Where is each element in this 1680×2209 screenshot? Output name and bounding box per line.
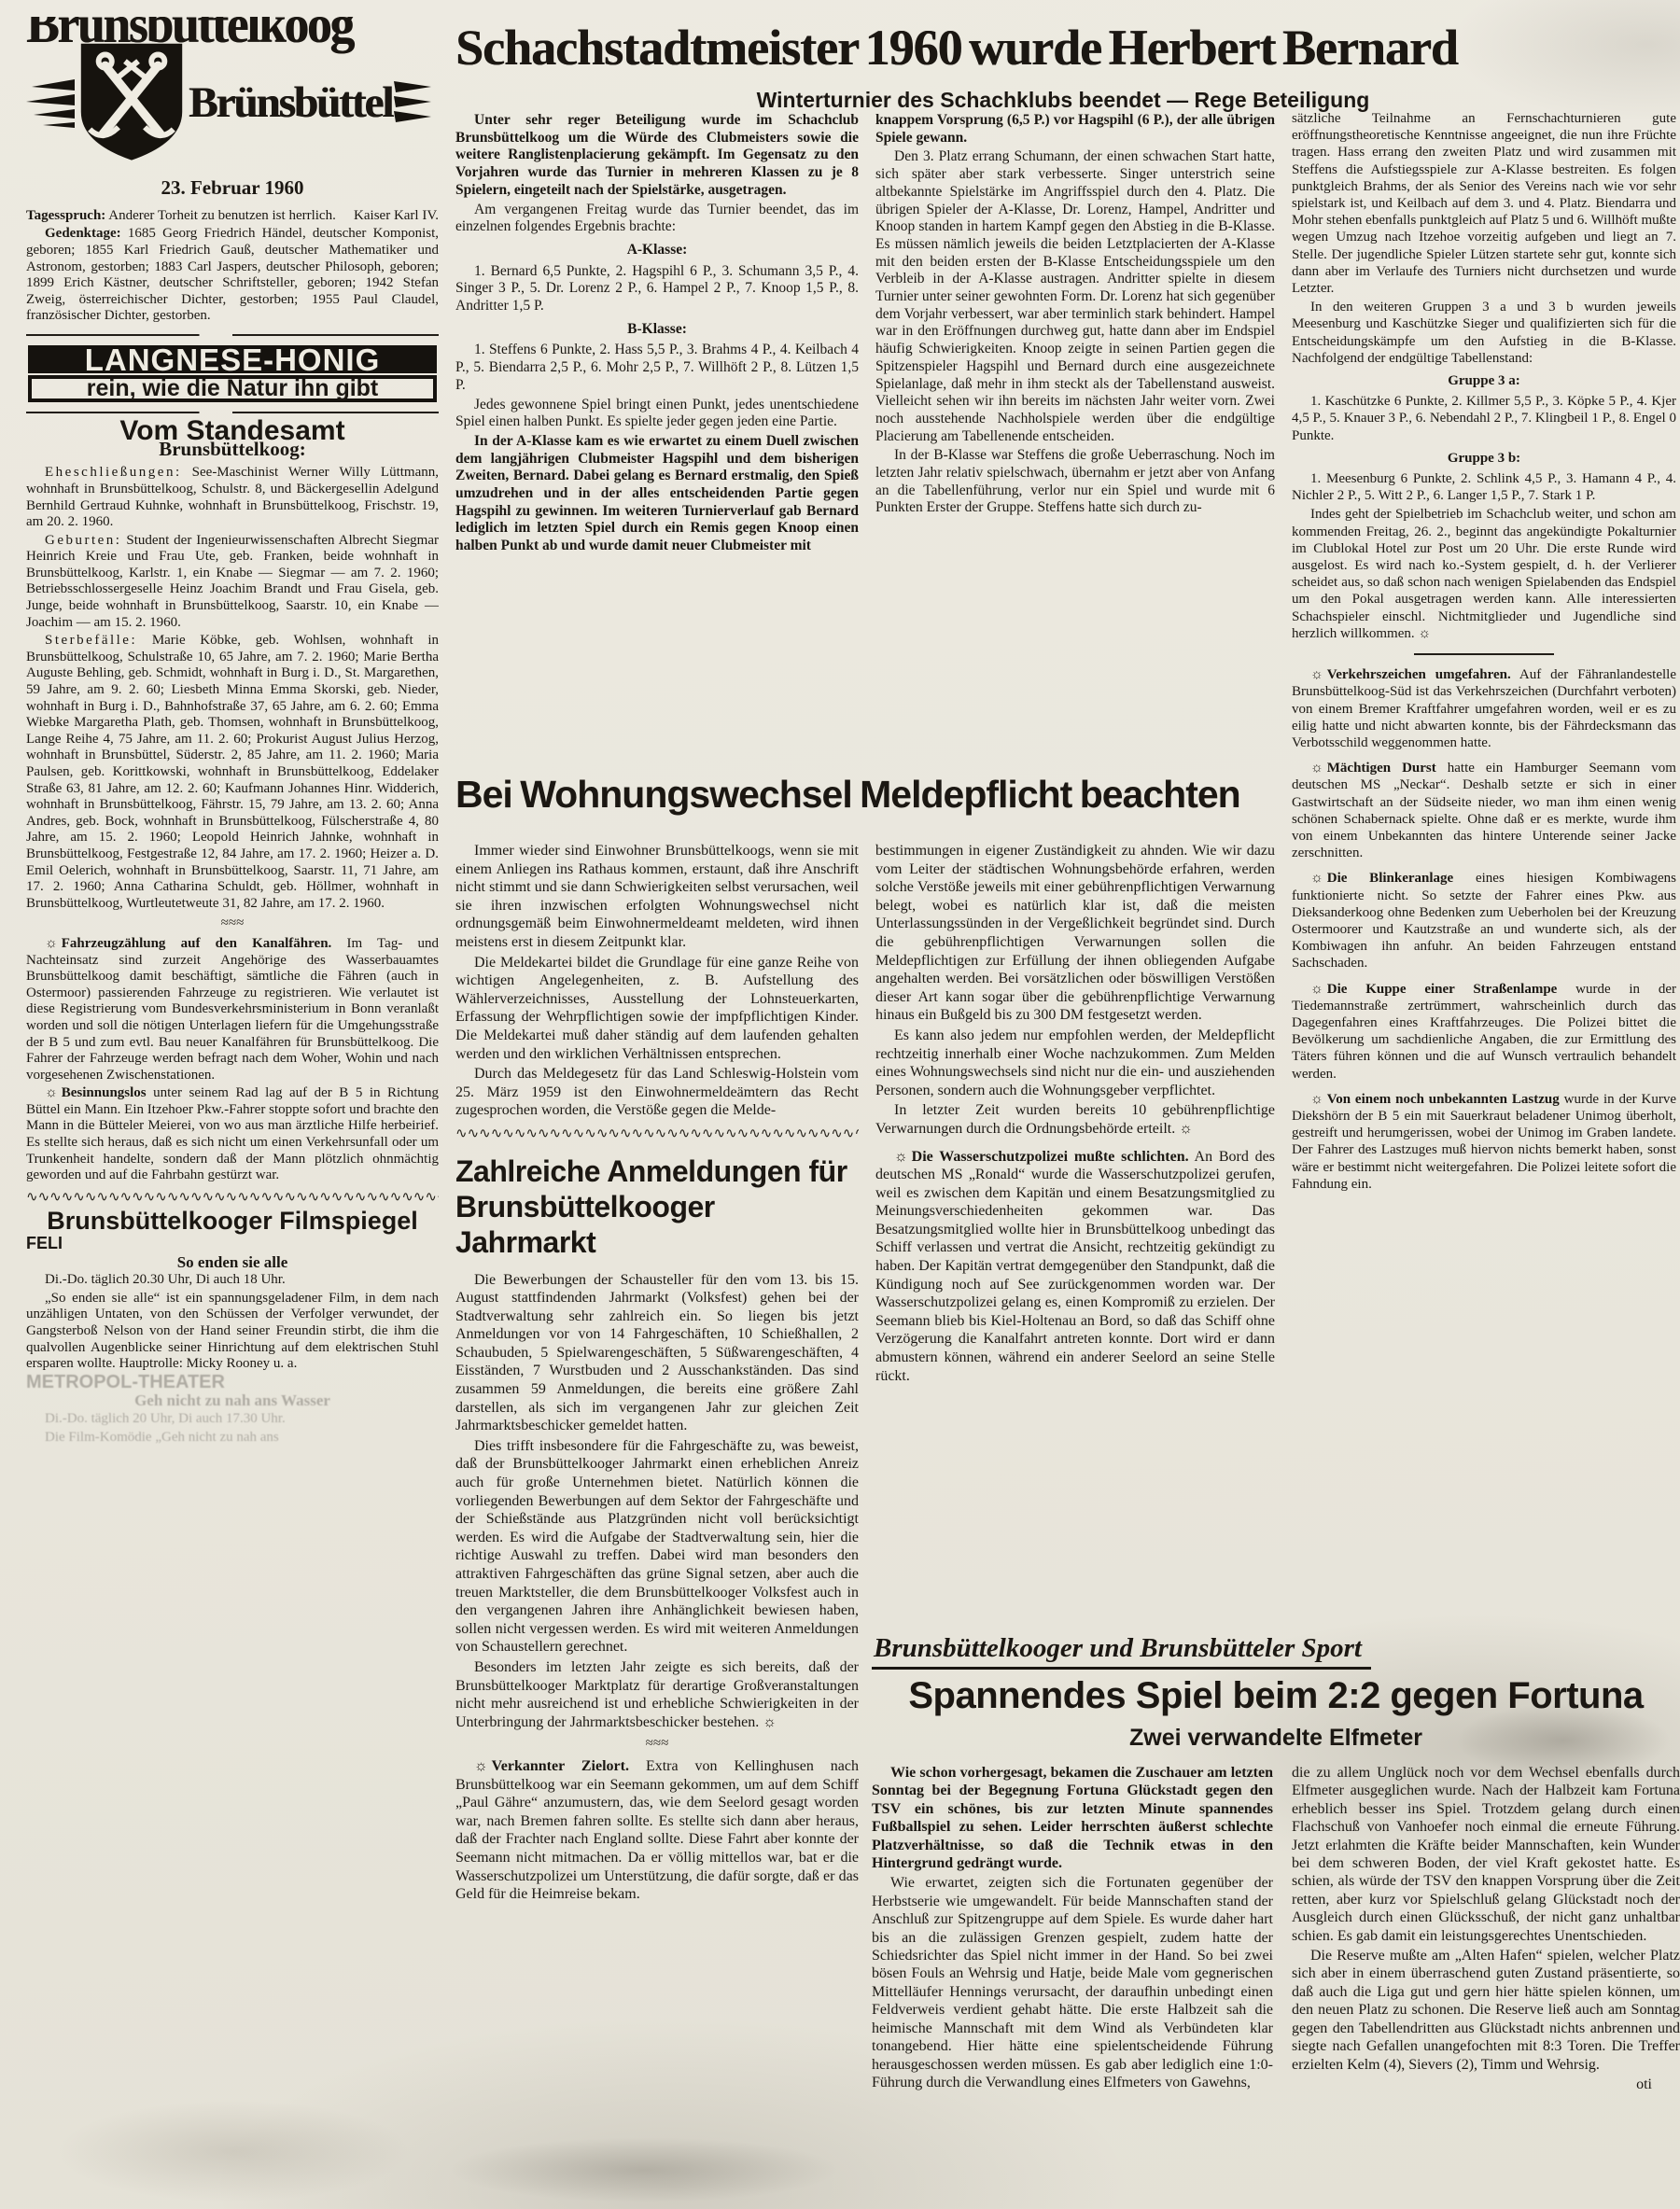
gedenktage: Gedenktage: 1685 Georg Friedrich Händel,… <box>26 226 439 325</box>
divider <box>26 334 439 336</box>
news-text: eines hiesigen Kombiwagens funktionierte… <box>1292 871 1676 971</box>
sport-section: Brunsbüttelkooger und Brunsbütteler Spor… <box>872 1633 1680 2184</box>
divider <box>26 412 439 413</box>
melde-paragraph: Durch das Meldegesetz für das Land Schle… <box>455 1065 859 1120</box>
marriages-label: Eheschließungen: <box>45 465 182 480</box>
chess-class-a-results: 1. Bernard 6,5 Punkte, 2. Hagspihl 6 P.,… <box>455 263 859 315</box>
tagesspruch-text: Anderer Torheit zu benutzen ist herrlich… <box>108 208 336 223</box>
news-unconscious-man: ☼Besinnungslos unter seinem Rad lag auf … <box>26 1085 439 1184</box>
news-item-wrong-destination: ☼Verkannter Zielort. Extra von Kellinghu… <box>455 1757 859 1904</box>
melde-paragraph: bestimmungen in eigener Zuständigkeit zu… <box>875 842 1275 1025</box>
langnese-ad: LANGNESE-HONIG rein, wie die Natur ihn g… <box>28 345 437 402</box>
registration-column-2: bestimmungen in eigener Zuständigkeit zu… <box>875 842 1275 1629</box>
news-item-truck: ☼Von einem noch unbekannten Lastzug wurd… <box>1292 1091 1676 1193</box>
sport-section-heading: Brunsbüttelkooger und Brunsbütteler Spor… <box>872 1633 1371 1670</box>
chess-paragraph: knappem Vorsprung (6,5 P.) vor Hagspihl … <box>875 112 1275 147</box>
chess-class-b-heading: B-Klasse: <box>455 321 859 339</box>
sport-paragraph: Wie erwartet, zeigten sich die Fortunate… <box>872 1874 1273 2091</box>
ad-brand: LANGNESE-HONIG <box>28 345 437 373</box>
chess-group3a-heading: Gruppe 3 a: <box>1292 372 1676 389</box>
star-icon: ☼ <box>1310 871 1327 886</box>
chess-paragraph: Indes geht der Spielbetrieb im Schachclu… <box>1292 506 1676 642</box>
melde-paragraph: Es kann also jedem nur empfohlen werden,… <box>875 1027 1275 1099</box>
unconscious-lead: Besinnungslos <box>62 1085 147 1100</box>
film-times: Di.-Do. täglich 20.30 Uhr, Di auch 18 Uh… <box>26 1272 439 1289</box>
jahrmarkt-title: Zahlreiche Anmeldungen für Brunsbüttelko… <box>455 1153 859 1260</box>
sport-subhead: Zwei verwandelte Elfmeter <box>872 1725 1680 1752</box>
chess-group3b-results: 1. Meesenburg 6 Punkte, 2. Schlink 4,5 P… <box>1292 470 1676 504</box>
chess-subhead: Winterturnier des Schachklubs beendet — … <box>455 88 1671 113</box>
chess-paragraph: Jedes gewonnene Spiel bringt einen Punkt… <box>455 397 859 431</box>
standesamt-births: Geburten: Student der Ingenieurwissensch… <box>26 533 439 632</box>
cinema-name: FELI <box>26 1236 439 1252</box>
left-column: Brünsbüttelkoog <box>26 17 439 2201</box>
sport-paragraph: Wie schon vorhergesagt, bekamen die Zusc… <box>872 1764 1273 1872</box>
jahrmarkt-title-line1: Zahlreiche Anmeldungen für <box>455 1154 847 1188</box>
news-item-traffic-sign: ☼Verkehrszeichen umgefahren. Auf der Fäh… <box>1292 666 1676 751</box>
chess-paragraph: Den 3. Platz errang Schumann, der einen … <box>875 148 1275 445</box>
chess-column-2: knappem Vorsprung (6,5 P.) vor Hagspihl … <box>875 112 1275 769</box>
faded-print: METROPOL-THEATER Geh nicht zu nah ans Wa… <box>26 1375 439 1446</box>
news-item-street-lamp: ☼Die Kuppe einer Straßenlampe wurde in d… <box>1292 981 1676 1083</box>
news-text: hatte ein Hamburger Seemann vom deutsche… <box>1292 761 1676 860</box>
chess-headline: Schachstadtmeister 1960 wurde Herbert Be… <box>455 19 1671 77</box>
news-lead: Verkannter Zielort. <box>492 1758 629 1774</box>
star-icon: ☼ <box>1310 761 1327 776</box>
section-divider <box>1414 653 1554 655</box>
chess-group3a-results: 1. Kaschützke 6 Punkte, 2. Killmer 5,5 P… <box>1292 393 1676 444</box>
issue-date: 23. Februar 1960 <box>26 180 439 197</box>
film-review: „So enden sie alle“ ist ein spannungsgel… <box>26 1291 439 1373</box>
news-lead: Verkehrszeichen umgefahren. <box>1327 667 1511 682</box>
chess-paragraph: In der B-Klasse war Steffens die große U… <box>875 447 1275 517</box>
jahrmarkt-paragraph: Besonders im letzten Jahr zeigte es sich… <box>455 1658 859 1731</box>
sport-column-1: Wie schon vorhergesagt, bekamen die Zusc… <box>872 1764 1273 2182</box>
news-text: Extra von Kellinghusen nach Brunsbüttelk… <box>455 1758 859 1902</box>
filmspiegel-title: Brunsbüttelkooger Filmspiegel <box>26 1213 439 1230</box>
chess-paragraph: Am vergangenen Freitag wurde das Turnier… <box>455 202 859 236</box>
masthead: Brünsbüttelkoog <box>26 17 439 167</box>
tagesspruch-author: Kaiser Karl IV. <box>354 208 439 225</box>
sport-headline: Spannendes Spiel beim 2:2 gegen Fortuna <box>872 1675 1680 1717</box>
chess-class-a-heading: A-Klasse: <box>455 242 859 259</box>
chess-article-header: Schachstadtmeister 1960 wurde Herbert Be… <box>455 19 1671 113</box>
chess-group3b-heading: Gruppe 3 b: <box>1292 450 1676 467</box>
faded-times: Di.-Do. täglich 20 Uhr, Di auch 17.30 Uh… <box>26 1411 439 1428</box>
chess-paragraph: In der A-Klasse kam es wie erwartet zu e… <box>455 433 859 555</box>
registration-headline: Bei Wohnungswechsel Meldepflicht beachte… <box>455 773 1305 817</box>
chess-class-b-results: 1. Steffens 6 Punkte, 2. Hass 5,5 P., 3.… <box>455 342 859 394</box>
news-item-water-police: ☼Die Wasserschutzpolizei mußte schlichte… <box>875 1148 1275 1386</box>
faded-theater-name: METROPOL-THEATER <box>26 1375 439 1391</box>
author-signature: oti <box>1636 2076 1652 2093</box>
news-lead: Die Blinkeranlage <box>1327 871 1453 886</box>
star-icon: ☼ <box>1310 982 1327 997</box>
deaths-label: Sterbefälle: <box>45 633 137 648</box>
ad-slogan: rein, wie die Natur ihn gibt <box>28 375 437 403</box>
sport-paragraph: die zu allem Unglück noch vor dem Wechse… <box>1292 1764 1680 1945</box>
jahrmarkt-paragraph: Die Bewerbungen der Schausteller für den… <box>455 1271 859 1435</box>
vehicle-count-text: Im Tag- und Nachteinsatz sind zurzeit An… <box>26 936 439 1083</box>
chess-column-1: Unter sehr reger Beteiligung wurde im Sc… <box>455 112 859 769</box>
news-lead: Die Kuppe einer Straßenlampe <box>1327 982 1558 997</box>
deaths-text: Marie Köbke, geb. Wohlsen, wohnhaft in B… <box>26 633 439 911</box>
standesamt-deaths: Sterbefälle: Marie Köbke, geb. Wohlsen, … <box>26 633 439 912</box>
masthead-line2: Brünsbüttel <box>189 95 392 112</box>
news-lead: Von einem noch unbekannten Lastzug <box>1327 1092 1560 1107</box>
newspaper-page: { "decor": { "star": "☼", "wave": "∿∿∿∿∿… <box>0 0 1680 2209</box>
gedenktage-label: Gedenktage: <box>45 226 121 241</box>
faded-film-name: Geh nicht zu nah ans Wasser <box>26 1392 439 1409</box>
melde-paragraph: Die Meldekartei bildet die Grundlage für… <box>455 954 859 1064</box>
chess-paragraph: In den weiteren Gruppen 3 a und 3 b wurd… <box>1292 299 1676 367</box>
wave-divider: ∿∿∿∿∿∿∿∿∿∿∿∿∿∿∿∿∿∿∿∿∿∿∿∿∿∿∿∿∿∿∿∿∿∿∿∿∿∿∿∿ <box>455 1125 859 1144</box>
star-icon: ☼ <box>1310 667 1327 682</box>
star-icon: ☼ <box>474 1758 492 1774</box>
sport-paragraph: Die Reserve mußte am „Alten Hafen“ spiel… <box>1292 1947 1680 2074</box>
film-name: So enden sie alle <box>26 1254 439 1271</box>
registration-column-1: Immer wieder sind Einwohner Brunsbüttelk… <box>455 842 859 2184</box>
births-label: Geburten: <box>45 533 121 548</box>
news-lead: Mächtigen Durst <box>1327 761 1436 776</box>
squiggle-divider: ≈≈≈ <box>26 916 439 932</box>
right-column: sätzliche Teilnahme an Fernschachturnier… <box>1292 110 1676 1697</box>
star-icon: ☼ <box>1310 1092 1327 1107</box>
news-lead: Die Wasserschutzpolizei mußte schlichten… <box>912 1149 1189 1165</box>
news-item-blinker: ☼Die Blinkeranlage eines hiesigen Kombiw… <box>1292 870 1676 972</box>
standesamt-marriages: Eheschließungen: See-Maschinist Werner W… <box>26 465 439 530</box>
news-text: An Bord des deutschen MS „Ronald“ wurde … <box>875 1149 1275 1384</box>
star-icon: ☼ <box>45 1085 62 1100</box>
jahrmarkt-paragraph: Dies trifft insbesondere für die Fahrges… <box>455 1437 859 1657</box>
wave-divider: ∿∿∿∿∿∿∿∿∿∿∿∿∿∿∿∿∿∿∿∿∿∿∿∿∿∿∿∿∿∿∿∿∿∿∿∿∿∿∿∿ <box>26 1190 439 1207</box>
star-icon: ☼ <box>894 1149 912 1165</box>
ribbon-left-icon <box>26 74 75 133</box>
sport-column-2: die zu allem Unglück noch vor dem Wechse… <box>1292 1764 1680 2182</box>
star-icon: ☼ <box>45 936 62 951</box>
jahrmarkt-title-line2: Brunsbüttelkooger Jahrmarkt <box>455 1190 715 1259</box>
news-vehicle-count: ☼Fahrzeugzählung auf den Kanalfähren. Im… <box>26 936 439 1084</box>
vehicle-count-lead: Fahrzeugzählung auf den Kanalfähren. <box>62 936 332 951</box>
anchor-crest-icon <box>77 39 187 168</box>
faded-line: Die Film-Komödie „Geh nicht zu nah ans <box>26 1430 439 1447</box>
melde-paragraph: Immer wieder sind Einwohner Brunsbüttelk… <box>455 842 859 952</box>
news-item-thirst: ☼Mächtigen Durst hatte ein Hamburger See… <box>1292 760 1676 861</box>
masthead-line1: Brünsbüttelkoog <box>26 17 439 35</box>
chess-paragraph: Unter sehr reger Beteiligung wurde im Sc… <box>455 112 859 200</box>
ribbon-right-icon <box>394 77 431 130</box>
standesamt-subtitle: Brunsbüttelkoog: <box>26 441 439 458</box>
tagesspruch: Tagesspruch: Anderer Torheit zu benutzen… <box>26 208 439 225</box>
squiggle-divider: ≈≈≈ <box>455 1735 859 1754</box>
melde-paragraph: In letzter Zeit wurden bereits 10 gebühr… <box>875 1101 1275 1138</box>
chess-paragraph: sätzliche Teilnahme an Fernschachturnier… <box>1292 110 1676 297</box>
tagesspruch-label: Tagesspruch: <box>26 208 105 223</box>
